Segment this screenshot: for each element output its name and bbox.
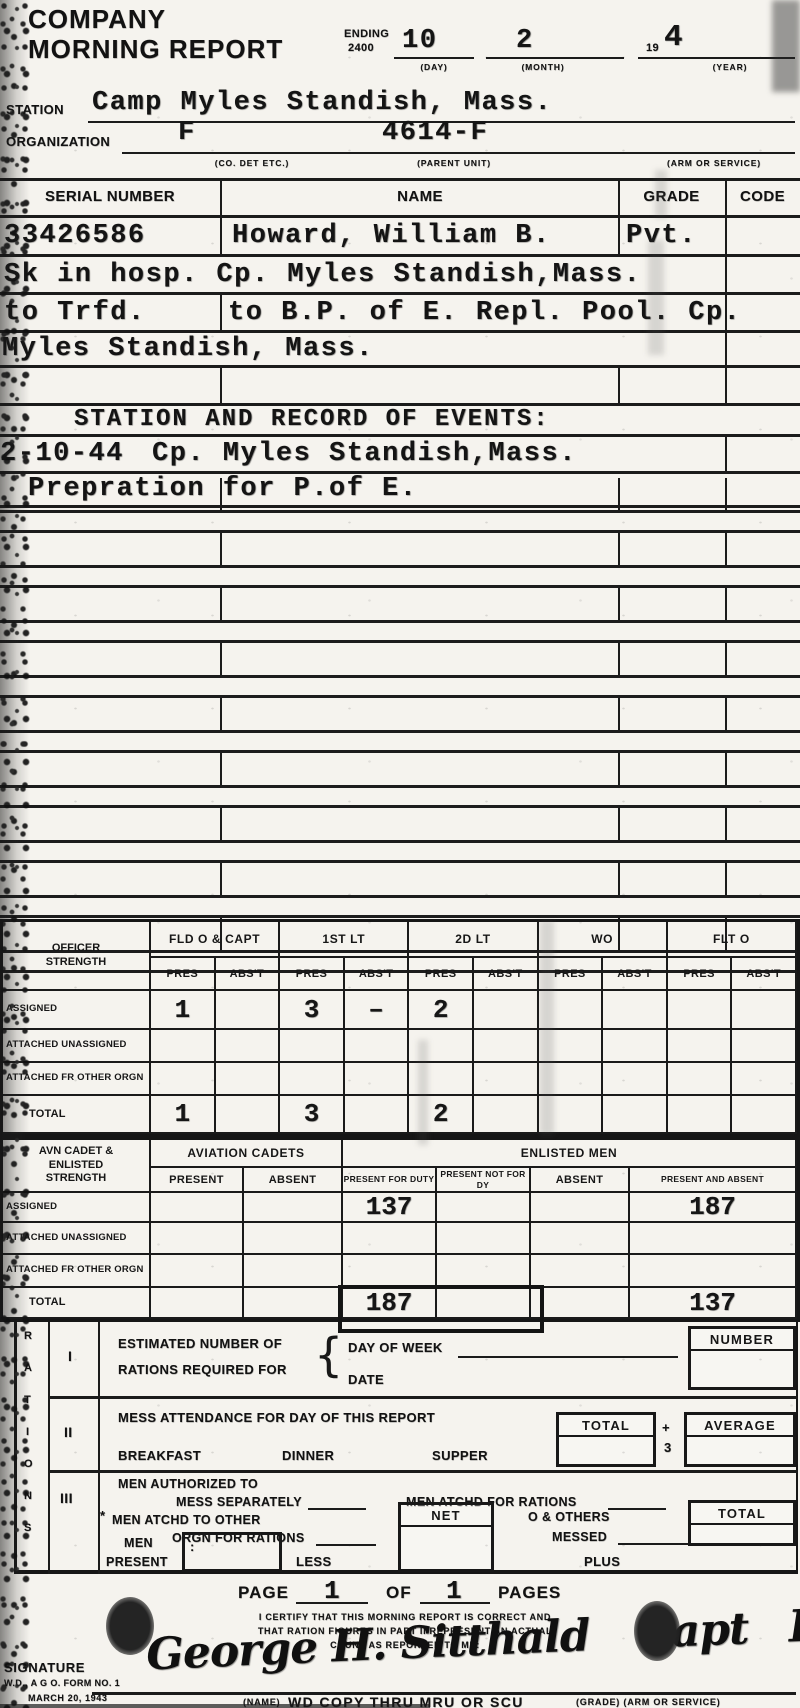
form-date-line: MARCH 20, 1943 (28, 1693, 107, 1703)
enlisted-cell (244, 1223, 343, 1255)
bottom-edge-line (0, 1704, 430, 1708)
officer-cell (474, 1096, 539, 1134)
empty-record-row (0, 478, 800, 513)
enlisted-cell: 137 (630, 1288, 797, 1319)
rations-outline (14, 1322, 798, 1574)
remark-line-1: Sk in hosp. Cp. Myles Standish,Mass. (4, 260, 641, 290)
rations-total-box: TOTAL (688, 1500, 796, 1546)
enlisted-cell (630, 1255, 797, 1288)
column-divider (725, 218, 727, 254)
empty-record-row (0, 368, 800, 406)
enlisted-cell (151, 1255, 244, 1288)
of-label: OF (386, 1583, 412, 1603)
enlisted-cell (437, 1193, 531, 1223)
form-title-line2: MORNING REPORT (28, 34, 283, 65)
day-caption: (DAY) (400, 62, 468, 72)
signature-line (92, 1670, 796, 1695)
enlisted-cell: 187 (630, 1193, 797, 1223)
pages-value: 1 (446, 1576, 463, 1606)
officer-strength-table: OFFICER STRENGTH FLD O & CAPT 1ST LT 2D … (0, 919, 800, 1137)
subheader-present-for-duty: PRESENT FOR DUTY (343, 1168, 437, 1193)
enlisted-cell (437, 1223, 531, 1255)
supper-label: SUPPER (432, 1448, 488, 1463)
officer-cell: – (345, 991, 410, 1030)
column-divider (725, 698, 727, 730)
wd-copy-line: WD COPY THRU MRU OR SCU (288, 1694, 524, 1708)
column-divider (725, 257, 727, 292)
officer-cell (345, 1030, 410, 1063)
subheader-pres: PRES (151, 958, 216, 991)
events-heading-row: STATION AND RECORD OF EVENTS: (0, 406, 800, 437)
estimated-number-label-1: ESTIMATED NUMBER OF (118, 1336, 282, 1351)
officer-cell (151, 1030, 216, 1063)
column-divider (618, 643, 620, 675)
empty-record-row (0, 588, 800, 623)
col-header-code: CODE (725, 188, 800, 205)
year-value: 4 (664, 20, 684, 55)
empty-record-row (0, 698, 800, 733)
officer-cell (474, 1030, 539, 1063)
column-divider (220, 588, 222, 620)
enlisted-cell: 137 (343, 1193, 437, 1223)
less-label: LESS (296, 1554, 332, 1569)
subheader-abst: ABS'T (345, 958, 410, 991)
officer-cell (603, 1096, 668, 1134)
column-divider (725, 808, 727, 840)
column-divider (220, 698, 222, 730)
station-value: Camp Myles Standish, Mass. (92, 88, 552, 118)
officer-cell (216, 991, 281, 1030)
empty-record-row (0, 863, 800, 898)
row-gap (0, 513, 800, 533)
empty-record-row (0, 753, 800, 788)
officer-cell: 2 (409, 991, 474, 1030)
rations-numeral-iii: III (60, 1490, 73, 1506)
officer-cell (216, 1030, 281, 1063)
subheader-present-and-absent: PRESENT AND ABSENT (630, 1168, 797, 1193)
column-divider (220, 643, 222, 675)
subheader-abst: ABS'T (732, 958, 797, 991)
group-flt-o: FLT O (668, 922, 797, 958)
column-divider (618, 588, 620, 620)
rations-row-line-2 (48, 1470, 798, 1473)
net-box: NET (398, 1502, 494, 1572)
scan-streak-2 (540, 920, 554, 1135)
penciled-emphasis-box (338, 1285, 544, 1333)
officer-cell: 1 (151, 991, 216, 1030)
certify-line-2: THAT RATION FIGURES IN PART II REPRESENT… (205, 1624, 605, 1638)
mess-separately-blank (308, 1492, 366, 1510)
company-caption: (CO. DET ETC.) (192, 158, 312, 168)
rations-divider-2 (98, 1322, 100, 1574)
column-divider (618, 218, 620, 254)
page-blank (296, 1580, 368, 1604)
column-divider (725, 588, 727, 620)
column-divider (220, 533, 222, 565)
men-atchd-rations-blank (608, 1492, 666, 1510)
events-entry-row: 2-10-44 Cp. Myles Standish,Mass. (0, 437, 800, 474)
row-gap (0, 623, 800, 643)
punch-hole-right (634, 1601, 680, 1661)
officer-cell (280, 1063, 345, 1096)
enlisted-cell (437, 1255, 531, 1288)
subheader-pres: PRES (668, 958, 733, 991)
rations-numeral-i: I (68, 1348, 72, 1364)
rations-total-label: TOTAL (691, 1503, 793, 1525)
scan-streak-1 (648, 240, 664, 355)
subheader-present: PRESENT (151, 1168, 244, 1193)
officer-cell (216, 1096, 281, 1134)
enlisted-cell (244, 1255, 343, 1288)
column-divider (725, 753, 727, 785)
events-heading: STATION AND RECORD OF EVENTS: (74, 406, 550, 433)
signature-name: George H. Sitthald (145, 1610, 590, 1680)
row-gap (0, 568, 800, 588)
ending-time: 2400 (348, 42, 374, 54)
page-label: PAGE (238, 1583, 289, 1603)
row-gap (0, 788, 800, 808)
number-box: NUMBER (688, 1326, 796, 1390)
subheader-abst: ABS'T (216, 958, 281, 991)
group-fldo-capt: FLD O & CAPT (151, 922, 280, 958)
officer-cell (474, 1063, 539, 1096)
column-divider (220, 863, 222, 895)
enlisted-cell (244, 1193, 343, 1223)
officer-cell (151, 1063, 216, 1096)
present-label: PRESENT (106, 1555, 168, 1569)
mess-attendance-label: MESS ATTENDANCE FOR DAY OF THIS REPORT (118, 1410, 435, 1425)
certify-line-3: COUNT AS REPORTED TO ME: (205, 1638, 605, 1652)
men-authorized-label: MEN AUTHORIZED TO (118, 1477, 258, 1491)
morning-report-scan: COMPANY MORNING REPORT ENDING 2400 10 (D… (0, 0, 800, 1708)
enlisted-cell (531, 1223, 630, 1255)
officer-cell (603, 1063, 668, 1096)
officer-cell (345, 1096, 410, 1134)
column-divider (220, 368, 222, 403)
subheader-pres: PRES (280, 958, 345, 991)
certify-line-1: I CERTIFY THAT THIS MORNING REPORT IS CO… (205, 1610, 605, 1624)
day-value: 10 (402, 26, 437, 56)
officer-cell: 3 (280, 991, 345, 1030)
column-divider (725, 643, 727, 675)
ending-label: ENDING (344, 28, 389, 40)
row-gap (0, 898, 800, 918)
roster-table: SERIAL NUMBER NAME GRADE CODE 33426586 H… (0, 178, 800, 508)
enlisted-cell (531, 1255, 630, 1288)
roster-entry-row: 33426586 Howard, William B. Pvt. (0, 218, 800, 257)
officer-cell: 3 (280, 1096, 345, 1134)
date-label: DATE (348, 1372, 384, 1387)
o-and-others-label: O & OTHERS (528, 1510, 610, 1524)
column-divider (220, 295, 222, 330)
group-enlisted-men: ENLISTED MEN (343, 1140, 797, 1168)
roster-header-row: SERIAL NUMBER NAME GRADE CODE (0, 178, 800, 218)
men-present-box: : (182, 1532, 282, 1572)
row-gap (0, 733, 800, 753)
men-atchd-other-label: MEN ATCHD TO OTHER (112, 1513, 261, 1527)
column-divider (618, 478, 620, 510)
average-box: AVERAGE (684, 1412, 796, 1467)
row-gap (0, 678, 800, 698)
column-divider (618, 533, 620, 565)
remark-line-2b: to B.P. of E. Repl. Pool. Cp. (228, 298, 741, 328)
rations-row-line-1 (48, 1396, 798, 1399)
group-1st-lt: 1ST LT (280, 922, 409, 958)
estimated-number-label-2: RATIONS REQUIRED FOR (118, 1362, 287, 1377)
column-divider (618, 753, 620, 785)
officer-strength-label: OFFICER STRENGTH (34, 942, 118, 970)
year-prefix: 19 (646, 42, 659, 54)
officer-cell (474, 991, 539, 1030)
company-value: F (178, 118, 196, 148)
row-gap (0, 843, 800, 863)
column-divider (220, 478, 222, 510)
rations-numeral-ii: II (64, 1424, 73, 1440)
mess-total-label: TOTAL (559, 1415, 653, 1437)
year-caption: (YEAR) (700, 62, 760, 72)
certification-text: I CERTIFY THAT THIS MORNING REPORT IS CO… (205, 1610, 605, 1652)
officer-cell (732, 1063, 797, 1096)
roster-remark-row-3: Myles Standish, Mass. (0, 333, 800, 368)
net-box-label: NET (401, 1505, 491, 1527)
events-place: Cp. Myles Standish,Mass. (152, 439, 577, 469)
scan-streak-3 (418, 1040, 428, 1145)
scan-noise-left-edge (0, 0, 30, 1708)
number-box-label: NUMBER (691, 1329, 793, 1351)
blank-record-section (0, 478, 800, 973)
handwritten-signature: George H. Sitthald Capt Inf (145, 1599, 800, 1681)
column-divider (725, 437, 727, 471)
officer-cell (603, 1030, 668, 1063)
page-value: 1 (324, 1576, 341, 1606)
roster-remark-row-2: to Trfd. to B.P. of E. Repl. Pool. Cp. (0, 295, 800, 333)
column-divider (220, 808, 222, 840)
officer-cell (668, 1096, 733, 1134)
arm-caption: (ARM OR SERVICE) (636, 158, 792, 168)
asterisk-mark: * (100, 1508, 105, 1523)
officer-cell (668, 1063, 733, 1096)
column-divider (725, 368, 727, 403)
orgn-for-rations-blank (316, 1528, 376, 1546)
column-divider (618, 808, 620, 840)
column-divider (618, 863, 620, 895)
enlisted-cell (151, 1223, 244, 1255)
signature-arm: Inf (787, 1599, 800, 1653)
column-divider (618, 698, 620, 730)
enlisted-cell (343, 1255, 437, 1288)
col-header-grade: GRADE (618, 188, 725, 205)
empty-record-row (0, 808, 800, 843)
month-blank-line (486, 33, 624, 59)
pages-blank (420, 1580, 490, 1604)
rations-divider-1 (48, 1322, 50, 1574)
officer-cell (732, 1030, 797, 1063)
subheader-abst: ABS'T (603, 958, 668, 991)
subheader-absent-2: ABSENT (531, 1168, 630, 1193)
average-box-label: AVERAGE (687, 1415, 793, 1437)
group-2d-lt: 2D LT (409, 922, 538, 958)
plus-label: PLUS (584, 1554, 620, 1569)
brace-glyph: { (314, 1328, 343, 1382)
column-divider (220, 218, 222, 254)
enlisted-cell (151, 1288, 244, 1319)
month-value: 2 (516, 26, 534, 56)
entry-name: Howard, William B. (232, 221, 551, 251)
day-of-week-blank (458, 1336, 678, 1358)
divide-by-value: 3 (664, 1440, 672, 1455)
col-header-serial: SERIAL NUMBER (0, 188, 220, 205)
roster-remark-row-1: Sk in hosp. Cp. Myles Standish,Mass. (0, 257, 800, 295)
enlisted-cell (343, 1223, 437, 1255)
grade-arm-caption: (GRADE) (ARM OR SERVICE) (576, 1697, 721, 1707)
scan-streak-4 (655, 170, 667, 218)
enlisted-cell (244, 1288, 343, 1319)
day-of-week-label: DAY OF WEEK (348, 1340, 443, 1355)
form-header: COMPANY MORNING REPORT ENDING 2400 10 (D… (0, 0, 800, 178)
mess-separately-label: MESS SEPARATELY (176, 1495, 302, 1509)
subheader-absent: ABSENT (244, 1168, 343, 1193)
officer-cell (345, 1063, 410, 1096)
officer-cell (668, 1030, 733, 1063)
column-divider (725, 863, 727, 895)
orgn-for-rations-label: ORGN FOR RATIONS (172, 1531, 305, 1545)
enlisted-strength-label: AVN CADET & ENLISTED STRENGTH (34, 1145, 118, 1186)
colon-mark: : (190, 1539, 195, 1554)
men-label: MEN (124, 1536, 153, 1550)
men-atchd-rations-label: MEN ATCHD FOR RATIONS (406, 1495, 577, 1509)
parent-unit-caption: (PARENT UNIT) (396, 158, 512, 168)
enlisted-cell (531, 1193, 630, 1223)
officer-cell (280, 1030, 345, 1063)
messed-blank (618, 1527, 692, 1545)
column-divider (725, 333, 727, 365)
group-aviation-cadets: AVIATION CADETS (151, 1140, 343, 1168)
officer-cell (668, 991, 733, 1030)
remark-line-3: Myles Standish, Mass. (2, 334, 374, 364)
dinner-label: DINNER (282, 1448, 334, 1463)
month-caption: (MONTH) (498, 62, 588, 72)
empty-record-row (0, 533, 800, 568)
col-header-name: NAME (222, 188, 618, 205)
group-wo: WO (539, 922, 668, 958)
punch-hole-left (106, 1597, 154, 1655)
parent-unit-value: 4614-F (382, 118, 488, 148)
divide-sign: + (662, 1420, 670, 1435)
enlisted-cell (151, 1193, 244, 1223)
subheader-abst: ABS'T (474, 958, 539, 991)
officer-cell (732, 991, 797, 1030)
column-divider (725, 533, 727, 565)
name-caption: (NAME) (243, 1697, 280, 1707)
mess-total-box: TOTAL (556, 1412, 656, 1467)
subheader-pres: PRES (409, 958, 474, 991)
breakfast-label: BREAKFAST (118, 1448, 201, 1463)
form-title-line1: COMPANY (28, 4, 166, 35)
column-divider (618, 368, 620, 403)
pages-label: PAGES (498, 1583, 561, 1603)
subheader-present-not-for-dy: PRESENT NOT FOR DY (437, 1168, 531, 1193)
officer-cell: 1 (151, 1096, 216, 1134)
column-divider (220, 753, 222, 785)
messed-label: MESSED (552, 1530, 607, 1544)
officer-cell (216, 1063, 281, 1096)
empty-record-row (0, 643, 800, 678)
enlisted-cell (630, 1223, 797, 1255)
column-divider (725, 478, 727, 510)
scan-blob-top-right (772, 0, 800, 92)
officer-cell (603, 991, 668, 1030)
officer-cell (732, 1096, 797, 1134)
enlisted-cell (531, 1288, 630, 1319)
